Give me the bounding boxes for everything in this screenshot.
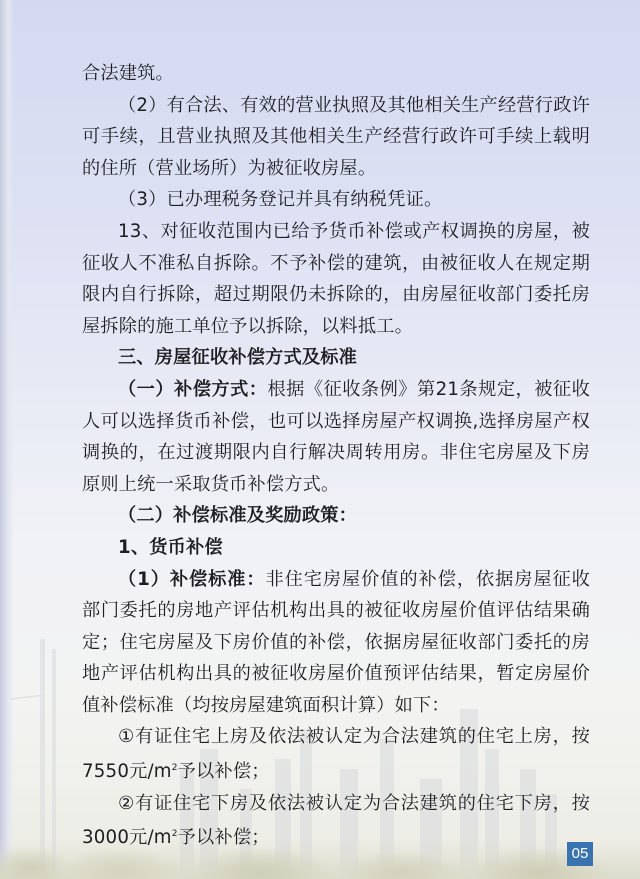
paragraph-tail: 予以补偿； — [178, 761, 270, 782]
price-unit: 元/m — [129, 827, 172, 848]
paragraph-compensation-method: （一）补偿方式：根据《征收条例》第21条规定，被征收人可以选择货币补偿，也可以选… — [82, 374, 590, 500]
heading-text: （二）补偿标准及奖励政策： — [118, 505, 357, 526]
heading-text: 1、货币补偿 — [118, 537, 223, 558]
price-value: 3000 — [82, 827, 129, 848]
paragraph-lead: （1）补偿标准： — [118, 569, 266, 590]
paragraph-lead: （一）补偿方式： — [118, 379, 267, 400]
paragraph-text: （3）已办理税务登记并具有纳税凭证。 — [118, 189, 442, 210]
paragraph-text: 13、对征收范围内已给予货币补偿或产权调换的房屋，被征收人不准私自拆除。不予补偿… — [82, 221, 590, 337]
paragraph-text: ②有证住宅下房及依法被认定为合法建筑的住宅下房，按 — [118, 793, 590, 814]
paragraph-upper-house-rate: ①有证住宅上房及依法被认定为合法建筑的住宅上房，按7550元/m2予以补偿； — [82, 721, 590, 787]
paragraph-compensation-standard: （1）补偿标准：非住宅房屋价值的补偿，依据房屋征收部门委托的房地产评估机构出具的… — [82, 564, 590, 722]
paragraph-item-2: （2）有合法、有效的营业执照及其他相关生产经营行政许可手续，且营业执照及其他相关… — [82, 90, 590, 185]
paragraph-text: 非住宅房屋价值的补偿，依据房屋征收部门委托的房地产评估机构出具的被征收房屋价值评… — [82, 569, 590, 716]
paragraph-lower-house-rate: ②有证住宅下房及依法被认定为合法建筑的住宅下房，按3000元/m2予以补偿； — [82, 788, 590, 854]
paragraph-clause-13: 13、对征收范围内已给予货币补偿或产权调换的房屋，被征收人不准私自拆除。不予补偿… — [82, 216, 590, 342]
paragraph-text: 合法建筑。 — [82, 63, 174, 84]
paragraph-item-3: （3）已办理税务登记并具有纳税凭证。 — [82, 184, 590, 216]
heading-text: 三、房屋征收补偿方式及标准 — [118, 347, 357, 368]
paragraph-continuation: 合法建筑。 — [82, 58, 590, 90]
page-left-edge — [0, 0, 14, 879]
paragraph-text: （2）有合法、有效的营业执照及其他相关生产经营行政许可手续，且营业执照及其他相关… — [82, 95, 590, 179]
price-value: 7550 — [82, 761, 129, 782]
section-heading-3: 三、房屋征收补偿方式及标准 — [82, 342, 590, 374]
page-number-badge: 05 — [567, 842, 593, 866]
subheading-monetary-compensation: 1、货币补偿 — [82, 532, 590, 564]
document-body: 合法建筑。 （2）有合法、有效的营业执照及其他相关生产经营行政许可手续，且营业执… — [82, 58, 590, 854]
price-unit: 元/m — [129, 761, 172, 782]
paragraph-text: ①有证住宅上房及依法被认定为合法建筑的住宅上房，按 — [118, 726, 590, 747]
subheading-standards-incentives: （二）补偿标准及奖励政策： — [82, 500, 590, 532]
paragraph-tail: 予以补偿； — [178, 827, 270, 848]
